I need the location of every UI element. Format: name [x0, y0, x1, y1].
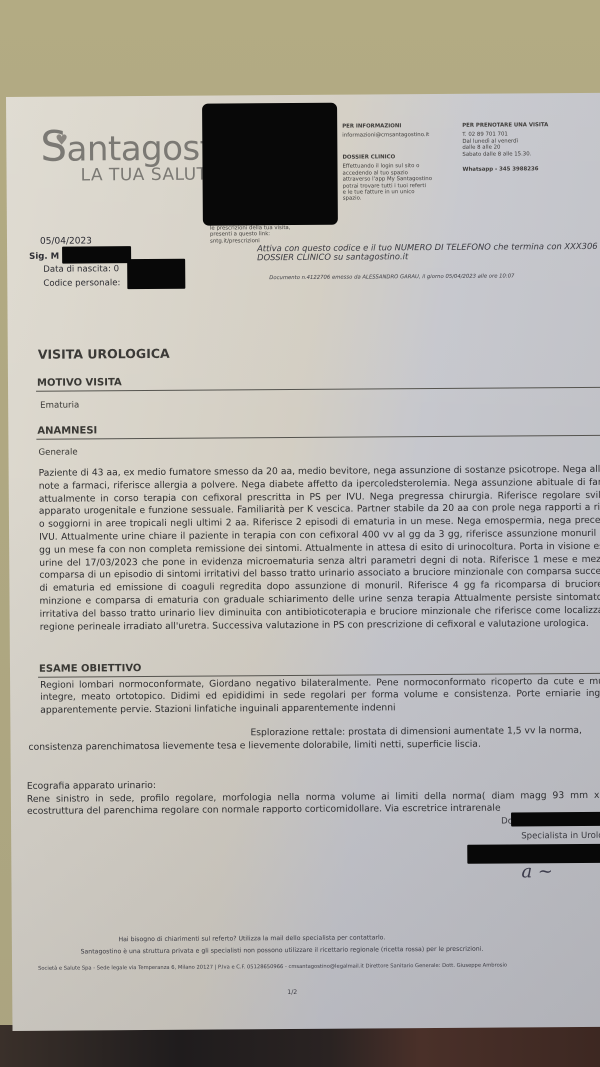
esplorazione-rettale-line: Esplorazione rettale: prostata di dimens… — [250, 725, 582, 738]
report-title: VISITA UROLOGICA — [38, 346, 170, 362]
desk-surface — [0, 1025, 600, 1067]
motivo-visita-value: Ematuria — [40, 400, 79, 410]
motivo-visita-heading: MOTIVO VISITA — [37, 377, 122, 389]
private-structure-notice: Santagostino è una struttura privata e g… — [0, 945, 582, 956]
anamnesi-heading: ANAMNESI — [37, 425, 97, 436]
birth-date-row: Data di nascita: 0 — [43, 264, 119, 275]
birth-date-label: Data di nascita: — [43, 264, 111, 274]
page-number: 1/2 — [0, 987, 592, 998]
dossier-activation-note: Attiva con questo codice e il tuo NUMERO… — [257, 242, 600, 263]
report-date: 05/04/2023 — [40, 236, 92, 246]
personal-code-label: Codice personale: — [43, 278, 120, 289]
redacted-qr-code — [202, 103, 338, 226]
doctor-specialty: Specialista in Urologia — [521, 831, 600, 842]
handwritten-signature: a ~ — [521, 861, 553, 882]
esame-obiettivo-heading: ESAME OBIETTIVO — [39, 663, 141, 675]
booking-heading: PER PRENOTARE UNA VISITA — [462, 122, 600, 129]
info-heading: PER INFORMAZIONI — [342, 123, 462, 130]
dossier-heading: DOSSIER CLINICO — [342, 154, 462, 161]
clarification-note: Hai bisogno di chiarimenti sul referto? … — [0, 933, 552, 944]
dossier-info: DOSSIER CLINICO Effettuando il login sul… — [342, 154, 462, 203]
anamnesi-subheading: Generale — [38, 448, 77, 458]
anamnesi-text: Paziente di 43 aa, ex medio fumatore sme… — [39, 464, 600, 634]
whatsapp-number: Whatsapp - 345 3988236 — [462, 166, 600, 173]
esplorazione-rettale-detail: consistenza parenchimatosa lievemente te… — [29, 739, 481, 753]
ecografia-heading: Ecografia apparato urinario: — [27, 780, 156, 792]
document-number: Documento n.4122706 emesso da ALESSANDRO… — [269, 273, 514, 281]
redacted-patient-name — [62, 246, 131, 263]
redacted-birth-date — [127, 259, 185, 289]
section-divider — [36, 435, 600, 440]
birth-date-value: 0 — [114, 264, 120, 274]
legal-footer: Società e Salute Spa - Sede legale via T… — [38, 963, 507, 972]
info-email-link[interactable]: informazioni@cmsantagostino.it — [342, 132, 462, 139]
redacted-doctor-name — [511, 812, 600, 827]
patient-name: Sig. M — [29, 252, 59, 262]
prescriptions-info: le prescrizioni della tua visita, presen… — [210, 225, 291, 245]
heart-icon: ♥ — [55, 123, 69, 135]
personal-code-row: Codice personale: — [43, 278, 120, 289]
medical-report-page: S♥antagostino LA TUA SALUTE le prescrizi… — [6, 93, 600, 1031]
info-contact: PER INFORMAZIONI informazioni@cmsantagos… — [342, 123, 462, 140]
esame-obiettivo-text: Regioni lombari normoconformate, Giordan… — [40, 676, 600, 717]
booking-info: PER PRENOTARE UNA VISITA T. 02 89 701 70… — [462, 122, 600, 173]
